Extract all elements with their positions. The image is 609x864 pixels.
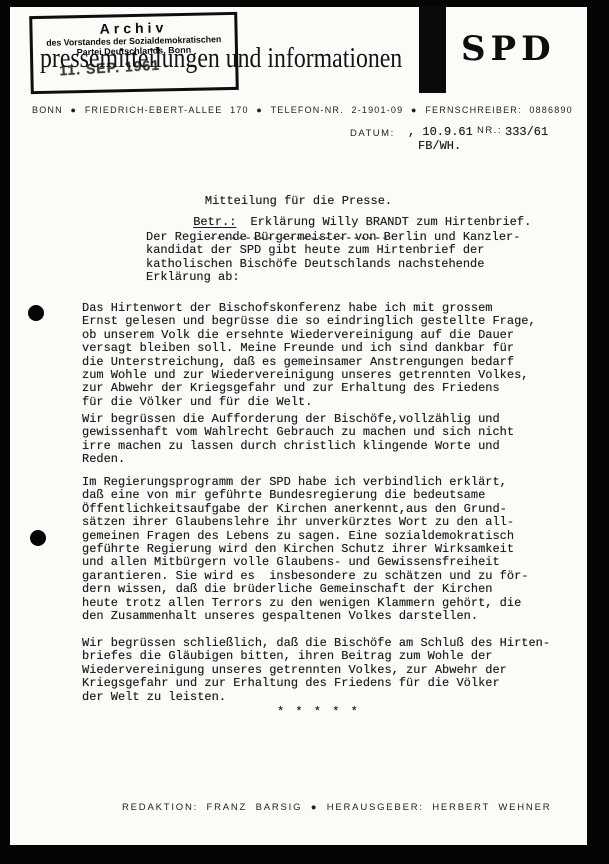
spd-logo: SPD [461,29,556,69]
punch-hole-top [28,305,44,321]
spd-logo-bar [419,7,446,93]
datum-value: , 10.9.61 [408,126,473,139]
punch-hole-bottom [30,530,46,546]
scan-background: Archiv des Vorstandes der Sozialdemokrat… [0,0,609,864]
datum-label: DATUM: [350,128,395,139]
body-paragraph-2: Wir begrüssen die Aufforderung der Bisch… [82,413,514,467]
address-line: BONN ● FRIEDRICH-EBERT-ALLEE 170 ● TELEF… [32,105,584,115]
footer-imprint: REDAKTION: FRANZ BARSIG ● HERAUSGEBER: H… [122,802,551,813]
body-paragraph-3: Im Regierungsprogramm der SPD habe ich v… [82,476,528,623]
reference-code: FB/WH. [418,140,461,153]
document-page: Archiv des Vorstandes der Sozialdemokrat… [10,7,587,845]
subject-text: Erklärung Willy BRANDT zum Hirtenbrief. [250,215,531,229]
nr-value: 333/61 [505,126,548,139]
subject-label: Betr.: [193,215,236,229]
body-paragraph-intro: Der Regierende Bürgermeister von Berlin … [146,231,520,285]
masthead-title: pressemitteilungen und informationen [40,43,402,75]
body-paragraph-1: Das Hirtenwort der Bischofskonferenz hab… [82,302,536,409]
end-separator-stars: * * * * * [277,706,360,719]
body-paragraph-4: Wir begrüssen schließlich, daß die Bisch… [82,637,550,704]
nr-label: NR.: [477,125,502,136]
